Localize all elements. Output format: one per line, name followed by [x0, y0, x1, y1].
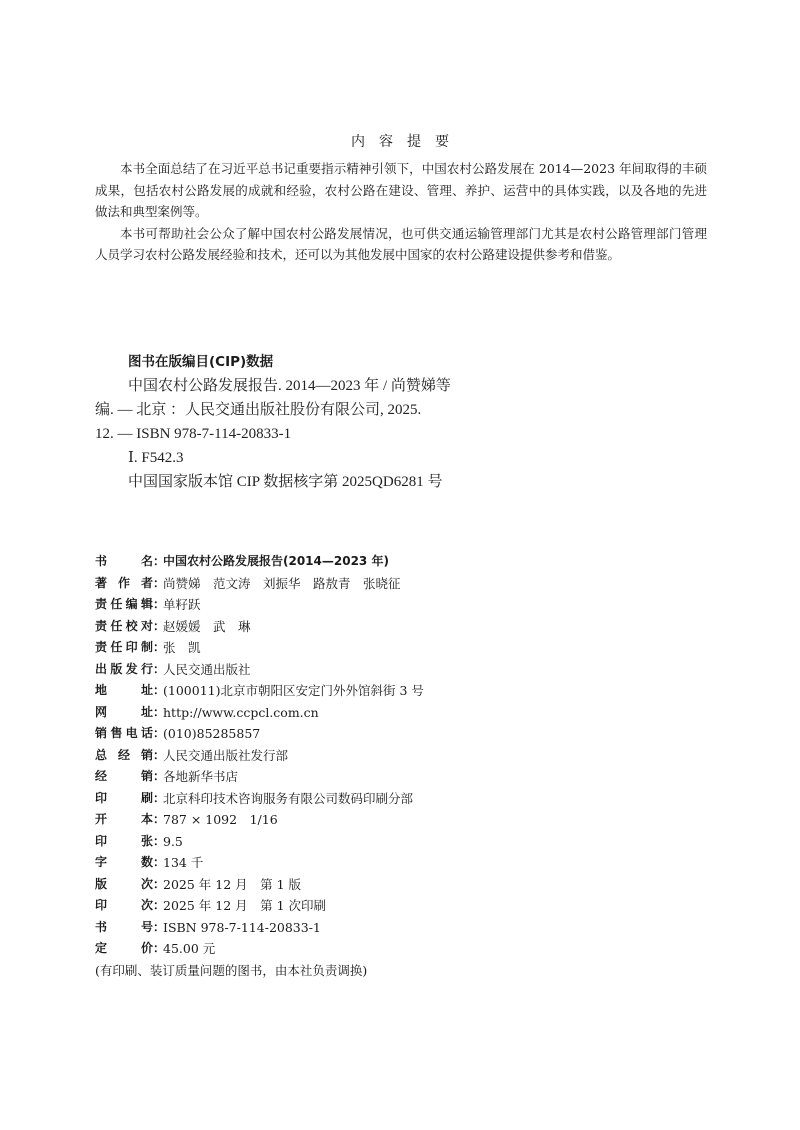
imprint-label-char: 辑 — [141, 594, 153, 616]
imprint-label-char: 经 — [118, 745, 130, 767]
imprint-value: 2025 年 12 月 第 1 次印刷 — [163, 895, 326, 917]
imprint-label: 著作者 — [95, 573, 153, 595]
imprint-colon: ： — [153, 659, 163, 681]
imprint-label: 印张 — [95, 831, 153, 853]
imprint-value: (010)85285857 — [163, 723, 260, 745]
imprint-label: 经销 — [95, 766, 153, 788]
imprint-row: 总经销：人民交通出版社发行部 — [95, 745, 424, 767]
imprint-label-char: 销 — [141, 766, 153, 788]
imprint-label-char: 总 — [95, 745, 107, 767]
imprint-label: 字数 — [95, 852, 153, 874]
imprint-value: 单籽跃 — [163, 594, 201, 616]
imprint-row: 出版发行：人民交通出版社 — [95, 659, 424, 681]
imprint-row: 销售电话：(010)85285857 — [95, 723, 424, 745]
imprint-value: 人民交通出版社 — [163, 659, 251, 681]
imprint-label-char: 责 — [95, 594, 107, 616]
imprint-row: 字数：134 千 — [95, 852, 424, 874]
imprint-colon: ： — [153, 831, 163, 853]
imprint-value: ISBN 978-7-114-20833-1 — [163, 917, 321, 939]
imprint-label-char: 张 — [141, 831, 153, 853]
summary-paragraph: 本书全面总结了在习近平总书记重要指示精神引领下，中国农村公路发展在 2014—2… — [95, 158, 707, 223]
imprint-label-char: 书 — [95, 551, 107, 573]
imprint-colon: ： — [153, 938, 163, 960]
imprint-value: http://www.ccpcl.com.cn — [163, 702, 319, 724]
imprint-label-char: 数 — [141, 852, 153, 874]
imprint-row: 网址：http://www.ccpcl.com.cn — [95, 702, 424, 724]
imprint-label-char: 印 — [95, 788, 107, 810]
imprint-label-char: 行 — [141, 659, 153, 681]
imprint-label: 书名 — [95, 551, 153, 573]
imprint-label-char: 者 — [141, 573, 153, 595]
imprint-row: 开本：787 × 1092 1/16 — [95, 809, 424, 831]
imprint-colon: ： — [153, 809, 163, 831]
imprint-label-char: 本 — [141, 809, 153, 831]
imprint-row: 版次：2025 年 12 月 第 1 版 — [95, 874, 424, 896]
imprint-label-char: 价 — [141, 938, 153, 960]
imprint-label-char: 任 — [110, 616, 122, 638]
imprint-row: 责任编辑：单籽跃 — [95, 594, 424, 616]
summary-body: 本书全面总结了在习近平总书记重要指示精神引领下，中国农村公路发展在 2014—2… — [95, 158, 707, 266]
imprint-label: 责任校对 — [95, 616, 153, 638]
imprint-value: 赵媛媛 武 琳 — [163, 616, 251, 638]
imprint-colon: ： — [153, 680, 163, 702]
imprint-row: 印张：9.5 — [95, 831, 424, 853]
imprint-label-char: 号 — [141, 917, 153, 939]
imprint-colon: ： — [153, 702, 163, 724]
imprint-label-char: 书 — [95, 917, 107, 939]
imprint-label-char: 址 — [141, 680, 153, 702]
imprint-row: 著作者：尚赞娣 范文涛 刘振华 路敖青 张晓征 — [95, 573, 424, 595]
imprint-label-char: 销 — [95, 723, 107, 745]
cip-line: 中国国家版本馆 CIP 数据核字第 2025QD6281 号 — [95, 470, 475, 494]
imprint-label: 印次 — [95, 895, 153, 917]
imprint-value: 2025 年 12 月 第 1 版 — [163, 874, 301, 896]
imprint-label: 责任印制 — [95, 637, 153, 659]
imprint-label-char: 次 — [141, 895, 153, 917]
imprint-colon: ： — [153, 723, 163, 745]
imprint-label-char: 字 — [95, 852, 107, 874]
imprint-value: 北京科印技术咨询服务有限公司数码印刷分部 — [163, 788, 413, 810]
imprint-row: 印次：2025 年 12 月 第 1 次印刷 — [95, 895, 424, 917]
imprint-value: 9.5 — [163, 831, 183, 853]
cip-line: Ⅰ. F542.3 — [95, 446, 475, 470]
imprint-label-char: 经 — [95, 766, 107, 788]
imprint-label-char: 著 — [95, 573, 107, 595]
imprint-label: 版次 — [95, 874, 153, 896]
imprint-note: (有印刷、装订质量问题的图书，由本社负责调换) — [95, 960, 424, 982]
imprint-value: 各地新华书店 — [163, 766, 238, 788]
imprint-label: 总经销 — [95, 745, 153, 767]
imprint-colon: ： — [153, 551, 163, 573]
imprint-label-char: 售 — [110, 723, 122, 745]
imprint-value: 787 × 1092 1/16 — [163, 809, 278, 831]
imprint-label-char: 话 — [141, 723, 153, 745]
imprint-label-char: 制 — [141, 637, 153, 659]
imprint-row: 地址：(100011)北京市朝阳区安定门外外馆斜街 3 号 — [95, 680, 424, 702]
imprint-label-char: 电 — [126, 723, 138, 745]
summary-title: 内容提要 — [0, 131, 800, 151]
imprint-colon: ： — [153, 745, 163, 767]
imprint-label-char: 对 — [141, 616, 153, 638]
imprint-value: 45.00 元 — [163, 938, 215, 960]
imprint-label: 开本 — [95, 809, 153, 831]
imprint-label-char: 校 — [126, 616, 138, 638]
imprint-value: 134 千 — [163, 852, 203, 874]
imprint-row: 书号：ISBN 978-7-114-20833-1 — [95, 917, 424, 939]
imprint-label: 销售电话 — [95, 723, 153, 745]
cip-line: 12. — ISBN 978-7-114-20833-1 — [95, 422, 475, 446]
imprint-value: 中国农村公路发展报告(2014—2023 年) — [163, 551, 389, 573]
imprint-colon: ： — [153, 573, 163, 595]
imprint-colon: ： — [153, 766, 163, 788]
imprint-colon: ： — [153, 852, 163, 874]
imprint-colon: ： — [153, 917, 163, 939]
imprint-label-char: 任 — [110, 594, 122, 616]
imprint-colon: ： — [153, 637, 163, 659]
imprint-label-char: 编 — [126, 594, 138, 616]
imprint-label-char: 印 — [95, 895, 107, 917]
cip-heading: 图书在版编目(CIP)数据 — [128, 350, 273, 370]
imprint-label-char: 开 — [95, 809, 107, 831]
imprint-row: 责任印制：张 凯 — [95, 637, 424, 659]
imprint-label: 出版发行 — [95, 659, 153, 681]
imprint-row: 定价：45.00 元 — [95, 938, 424, 960]
imprint-value: 人民交通出版社发行部 — [163, 745, 288, 767]
imprint-label-char: 名 — [141, 551, 153, 573]
summary-paragraph: 本书可帮助社会公众了解中国农村公路发展情况，也可供交通运输管理部门尤其是农村公路… — [95, 223, 707, 266]
imprint-label-char: 次 — [141, 874, 153, 896]
imprint-colon: ： — [153, 788, 163, 810]
cip-data-block: 中国农村公路发展报告. 2014—2023 年 / 尚赞娣等 编. — 北京 ：… — [95, 374, 475, 494]
imprint-label-char: 地 — [95, 680, 107, 702]
imprint-label-char: 责 — [95, 616, 107, 638]
imprint-label-char: 出 — [95, 659, 107, 681]
imprint-label-char: 址 — [141, 702, 153, 724]
imprint-value: (100011)北京市朝阳区安定门外外馆斜街 3 号 — [163, 680, 424, 702]
imprint-label-char: 印 — [126, 637, 138, 659]
imprint-label-char: 印 — [95, 831, 107, 853]
imprint-block: 书名：中国农村公路发展报告(2014—2023 年)著作者：尚赞娣 范文涛 刘振… — [95, 551, 424, 981]
cip-line: 编. — 北京 ：人民交通出版社股份有限公司, 2025. — [95, 398, 475, 422]
imprint-label: 定价 — [95, 938, 153, 960]
imprint-value: 张 凯 — [163, 637, 201, 659]
imprint-label-char: 刷 — [141, 788, 153, 810]
imprint-row: 印刷：北京科印技术咨询服务有限公司数码印刷分部 — [95, 788, 424, 810]
imprint-label-char: 发 — [126, 659, 138, 681]
imprint-value: 尚赞娣 范文涛 刘振华 路敖青 张晓征 — [163, 573, 401, 595]
imprint-label: 地址 — [95, 680, 153, 702]
imprint-label: 书号 — [95, 917, 153, 939]
imprint-label-char: 作 — [118, 573, 130, 595]
imprint-label: 网址 — [95, 702, 153, 724]
imprint-label-char: 版 — [95, 874, 107, 896]
imprint-colon: ： — [153, 895, 163, 917]
imprint-row: 责任校对：赵媛媛 武 琳 — [95, 616, 424, 638]
imprint-label-char: 网 — [95, 702, 107, 724]
cip-line: 中国农村公路发展报告. 2014—2023 年 / 尚赞娣等 — [95, 374, 475, 398]
imprint-label-char: 责 — [95, 637, 107, 659]
imprint-label-char: 定 — [95, 938, 107, 960]
imprint-label: 印刷 — [95, 788, 153, 810]
imprint-row: 书名：中国农村公路发展报告(2014—2023 年) — [95, 551, 424, 573]
imprint-colon: ： — [153, 874, 163, 896]
imprint-label-char: 任 — [110, 637, 122, 659]
imprint-label: 责任编辑 — [95, 594, 153, 616]
imprint-label-char: 版 — [110, 659, 122, 681]
imprint-label-char: 销 — [141, 745, 153, 767]
imprint-colon: ： — [153, 616, 163, 638]
imprint-row: 经销：各地新华书店 — [95, 766, 424, 788]
imprint-colon: ： — [153, 594, 163, 616]
